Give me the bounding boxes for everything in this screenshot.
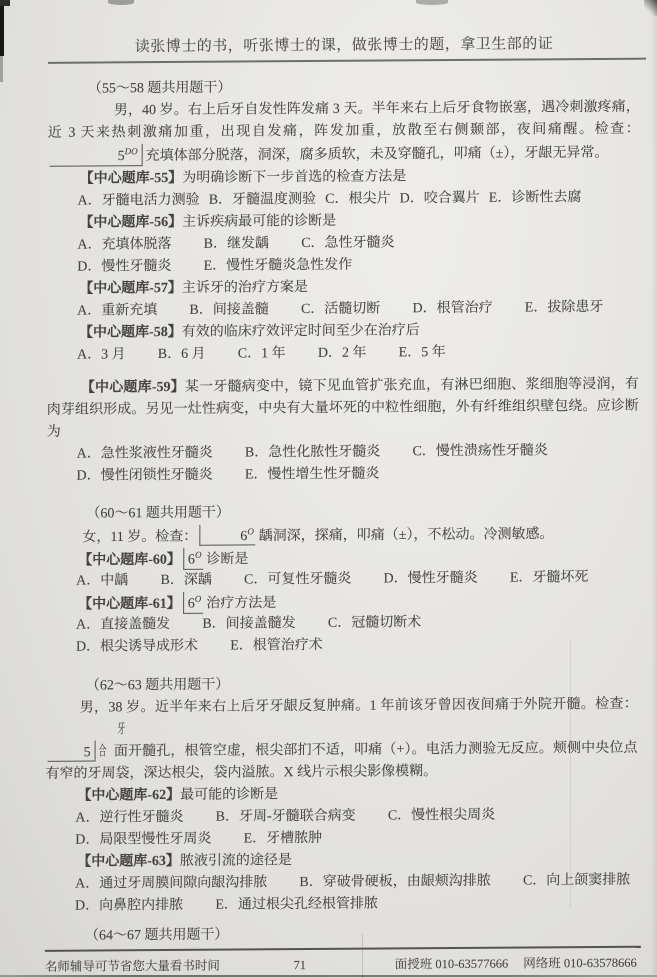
answer-option: A．逆行性牙髓炎 <box>75 807 183 830</box>
question-text: 诊断是 <box>206 552 248 567</box>
scan-smudge <box>416 0 448 5</box>
page-number: 71 <box>294 954 307 976</box>
scan-edge-artifact <box>0 56 3 82</box>
question-group-62-63: （62～63 题共用题干） 男，38 岁。近半年来右上后牙牙龈反复肿痛。1 年前… <box>45 672 638 918</box>
footer-contact: 面授班 010-63577666网络班 010-63578666 <box>380 952 637 976</box>
answer-option: C．冠髓切断术 <box>328 613 421 636</box>
question-text: 脓液引流的途径是 <box>180 853 292 869</box>
answer-option: D．局限型慢性牙周炎 <box>75 829 211 852</box>
tooth-digit: 6 <box>240 529 247 544</box>
answer-option: E．牙槽脓肿 <box>244 828 323 851</box>
page-sheet: 读张博士的书，听张博士的课，做张博士的题，拿卫生部的证 （55～58 题共用题干… <box>45 0 640 978</box>
question-label: 【中心题库-58】 <box>79 325 182 341</box>
case-stem: 女，11 岁。检查：6O龋洞深，探痛，叩痛（±），不松动。冷测敏感。 <box>46 521 638 549</box>
answer-option: C．向上颌窦排脓 <box>523 870 630 893</box>
question-stem: 【中心题库-59】某一牙髓病变中，镜下见血管扩张充血，有淋巴细胞、浆细胞等浸润，… <box>47 373 639 443</box>
answer-option: C．慢性根尖周炎 <box>388 805 495 828</box>
question-text: 为明确诊断下一步首选的检查方法是 <box>182 169 406 186</box>
question-59: 【中心题库-59】某一牙髓病变中，镜下见血管扩张充血，有淋巴细胞、浆细胞等浸润，… <box>47 373 639 487</box>
option-line: A．重新充填B．间接盖髓C．活髓切断D．根管治疗E．拔除患牙 <box>77 296 639 322</box>
answer-option: B．牙髓温度测验 <box>209 189 316 212</box>
question-label: 【中心题库-56】 <box>79 215 182 231</box>
option-line: A．牙髓电活力测验B．牙髓温度测验C．根尖片D．咬合翼片E．诊断性去腐 <box>77 186 639 212</box>
answer-option: B．间接盖髓 <box>189 299 268 322</box>
option-line: A．通过牙周膜间隙向龈沟排脓B．穿破骨硬板，由龈颊沟排脓C．向上颌窦排脓 <box>75 870 637 896</box>
answer-option: C．急性牙髓炎 <box>301 232 394 255</box>
question-label: 【中心题库-62】 <box>77 788 180 804</box>
footer-face-class-phone: 面授班 010-63577666 <box>395 957 509 972</box>
answer-option: A．中龋 <box>76 571 128 593</box>
question-label: 【中心题库-63】 <box>77 854 180 870</box>
answer-option: A．牙髓电活力测验 <box>77 189 199 212</box>
question-group-55-58: （55～58 题共用题干） 男，40 岁。右上后牙自发性阵发痛 3 天。半年来右… <box>47 75 640 367</box>
tooth-surface: O <box>247 526 254 536</box>
stem-text: 男，40 岁。右上后牙自发性阵发痛 3 天。半年来右上后牙食物嵌塞，遇冷刺激疼痛… <box>48 100 640 141</box>
answer-option: A．急性浆液性牙髓炎 <box>77 442 213 465</box>
tooth-notation: 6O <box>199 524 256 546</box>
page-content: （55～58 题共用题干） 男，40 岁。右上后牙自发性阵发痛 3 天。半年来右… <box>45 75 640 978</box>
answer-option: A．直接盖髓发 <box>76 614 170 637</box>
answer-option: C．可复性牙髓炎 <box>244 569 351 592</box>
answer-option: E．牙髓坏死 <box>510 567 589 590</box>
case-stem: 男，38 岁。近半年来右上后牙牙龈反复肿痛。1 年前该牙曾因夜间痛于外院开髓。检… <box>45 694 637 786</box>
scan-bottom-edge <box>0 975 657 977</box>
answer-option: D．向鼻腔内排脓 <box>75 895 183 918</box>
question-text: 最可能的诊断是 <box>180 788 278 804</box>
answer-option: E．诊断性去腐 <box>489 187 582 210</box>
answer-option: C．慢性溃疡性牙髓炎 <box>412 440 547 463</box>
question-group-64-67-title: （64～67 题共用题干） <box>85 922 637 948</box>
question-text: 主诉疾病最可能的诊断是 <box>182 213 336 229</box>
tooth-surface: O <box>195 594 202 604</box>
answer-option: D．慢性闭锁性牙髓炎 <box>77 464 213 487</box>
case-stem: 男，40 岁。右上后牙自发性阵发痛 3 天。半年来右上后牙食物嵌塞，遇冷刺激疼痛… <box>48 97 640 169</box>
answer-option: E．慢性增生性牙髓炎 <box>245 463 380 486</box>
question-label: 【中心题库-57】 <box>79 281 182 297</box>
scan-crease <box>570 640 571 908</box>
answer-option: E．慢性牙髓炎急性发作 <box>204 254 353 277</box>
answer-option: A．重新充填 <box>77 300 157 323</box>
answer-option: A．充填体脱落 <box>77 234 171 257</box>
question-group-60-61: （60～61 题共用题干） 女，11 岁。检查：6O龋洞深，探痛，叩痛（±），不… <box>46 499 639 659</box>
answer-option: B．穿破骨硬板，由龈颊沟排脓 <box>299 871 490 894</box>
scan-corner-artifact <box>0 0 10 6</box>
question-label: 【中心题库-55】 <box>80 171 183 187</box>
footer-web-class-phone: 网络班 010-63578666 <box>523 956 637 971</box>
tooth-notation: 6O <box>183 548 204 570</box>
answer-option: C．活髓切断 <box>301 298 380 321</box>
answer-option: E．拔除患牙 <box>525 297 604 320</box>
answer-option: E．5 年 <box>399 342 446 364</box>
answer-option: B．急性化脓性牙髓炎 <box>245 441 380 464</box>
answer-option: B．深龋 <box>160 570 211 592</box>
answer-option: E．根管治疗术 <box>230 635 323 658</box>
tooth-surface: DO <box>125 146 138 156</box>
answer-option: A．通过牙周膜间隙向龈沟排脓 <box>75 873 267 896</box>
question-text: 有效的临床疗效评定时间至少在治疗后 <box>182 323 420 340</box>
scan-edge-shadow <box>651 0 657 978</box>
tooth-digit: 5 <box>84 745 91 760</box>
tooth-surface: O <box>195 550 202 560</box>
question-text: 治疗方法是 <box>206 596 276 611</box>
stem-text: 女，11 岁。检查： <box>82 529 197 545</box>
tooth-digit: 6 <box>188 553 195 568</box>
answer-option: C．1 年 <box>238 343 286 365</box>
stem-text: 男，38 岁。近半年来右上后牙牙龈反复肿痛。1 年前该牙曾因夜间痛于外院开髓。检… <box>80 697 638 716</box>
tooth-notation: 5 <box>48 740 96 762</box>
stem-text: 龋洞深，探痛，叩痛（±），不松动。冷测敏感。 <box>259 527 554 544</box>
header-slogan: 读张博士的书，听张博士的课，做张博士的题，拿卫生部的证 <box>48 32 640 57</box>
answer-option: D．咬合翼片 <box>400 187 480 210</box>
answer-option: A．3 月 <box>77 344 126 366</box>
scan-smudge <box>108 0 134 5</box>
stem-text: 充填体部分脱落，洞深，腐多质软，未及穿髓孔，叩痛（±），牙龈无异常。 <box>146 146 609 164</box>
answer-option: C．根尖片 <box>325 188 390 210</box>
question-label: 【中心题库-61】 <box>78 597 181 613</box>
answer-option: D．根管治疗 <box>412 297 492 320</box>
scanned-exam-page: { "header": { "slogan": "读张博士的书，听张博士的课，做… <box>0 0 657 978</box>
answer-option: D．2 年 <box>318 342 367 364</box>
answer-option: B．6 月 <box>158 343 206 365</box>
stem-text: 面开髓孔，根管空虚，根尖部扪不适，叩痛（+）。电活力测验无反应。颊侧中央位点有窄… <box>45 741 637 782</box>
answer-option: B．牙周-牙髓联合病变 <box>216 806 356 829</box>
tooth-digit: 6 <box>188 597 195 612</box>
occlusal-character: 牙合 <box>99 720 115 764</box>
tooth-notation: 6O <box>183 592 204 614</box>
question-label: 【中心题库-59】 <box>81 380 185 396</box>
option-line: A．中龋B．深龋C．可复性牙髓炎D．慢性牙髓炎E．牙髓坏死 <box>76 567 638 593</box>
tooth-digit: 5 <box>118 149 125 164</box>
scan-edge-artifact <box>0 0 4 56</box>
answer-option: D．慢性牙髓炎 <box>77 256 171 279</box>
answer-option: D．根尖诱导成形术 <box>76 636 198 659</box>
scan-crease <box>362 934 363 978</box>
header-rule <box>48 58 646 64</box>
answer-option: D．慢性牙髓炎 <box>384 568 478 591</box>
answer-option: B．间接盖髓发 <box>202 613 295 636</box>
answer-option: B．继发龋 <box>204 233 269 255</box>
question-label: 【中心题库-60】 <box>78 553 181 569</box>
tooth-notation: 5DO <box>50 144 143 166</box>
question-text: 主诉牙的治疗方案是 <box>182 280 308 296</box>
answer-option: E．通过根尖孔经根管排脓 <box>215 894 378 917</box>
